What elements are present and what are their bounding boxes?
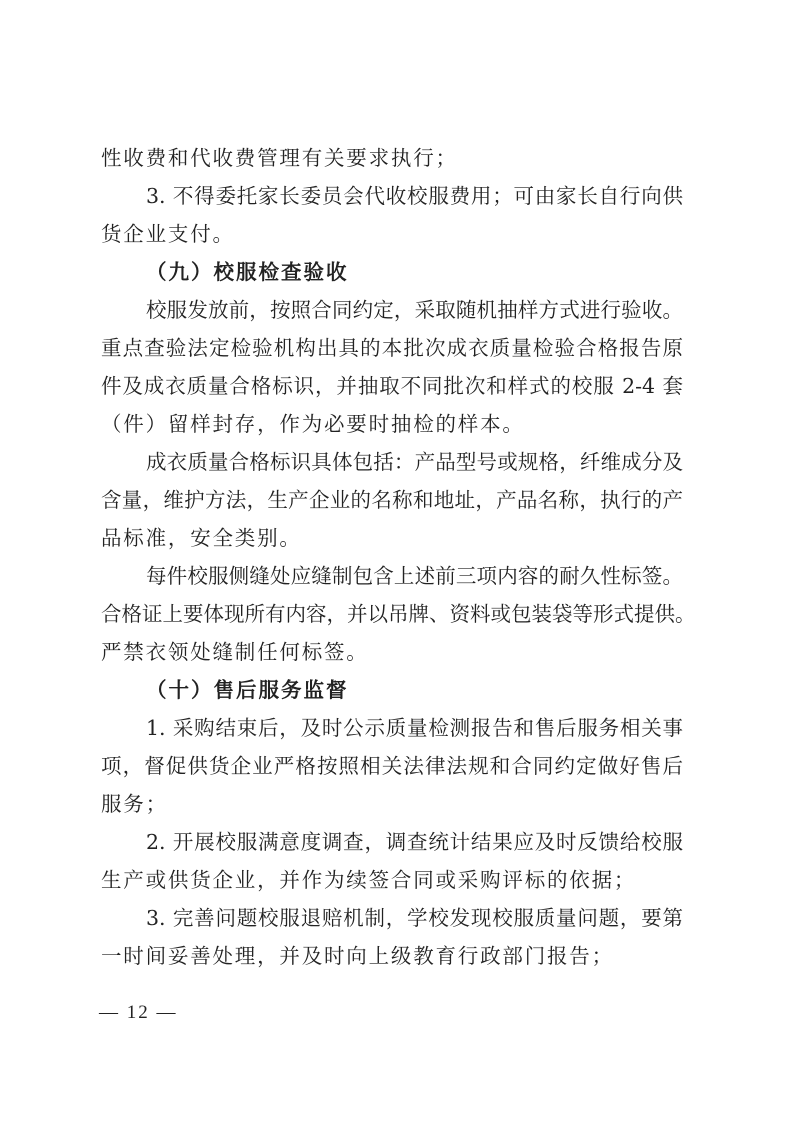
paragraph-line: 件及成衣质量合格标识，并抽取不同批次和样式的校服 2-4 套 bbox=[101, 372, 683, 400]
paragraph-line: 品标准，安全类别。 bbox=[101, 524, 683, 552]
list-item-3-line-2: 一时间妥善处理，并及时向上级教育行政部门报告； bbox=[101, 942, 683, 970]
list-item-3-line-1: 3. 不得委托家长委员会代收校服费用；可由家长自行向供 bbox=[146, 182, 683, 210]
page-number: — 12 — bbox=[99, 1000, 178, 1026]
paragraph-line: 严禁衣领处缝制任何标签。 bbox=[101, 638, 683, 666]
paragraph-line: 含量，维护方法，生产企业的名称和地址，产品名称，执行的产 bbox=[101, 486, 683, 514]
list-item-3-line-1: 3. 完善问题校服退赔机制，学校发现校服质量问题，要第 bbox=[146, 904, 683, 932]
list-item-1-line-2: 项，督促供货企业严格按照相关法律法规和合同约定做好售后 bbox=[101, 752, 683, 780]
document-page: 性收费和代收费管理有关要求执行； 3. 不得委托家长委员会代收校服费用；可由家长… bbox=[0, 0, 793, 1121]
paragraph-line: 性收费和代收费管理有关要求执行； bbox=[101, 144, 683, 172]
paragraph-line: （件）留样封存，作为必要时抽检的样本。 bbox=[101, 410, 683, 438]
list-item-2-line-2: 生产或供货企业，并作为续签合同或采购评标的依据； bbox=[101, 866, 683, 894]
list-item-1-line-1: 1. 采购结束后，及时公示质量检测报告和售后服务相关事 bbox=[146, 714, 683, 742]
list-item-2-line-1: 2. 开展校服满意度调查，调查统计结果应及时反馈给校服 bbox=[146, 828, 683, 856]
list-item-3-line-2: 货企业支付。 bbox=[101, 220, 683, 248]
paragraph-line: 重点查验法定检验机构出具的本批次成衣质量检验合格报告原 bbox=[101, 334, 683, 362]
list-item-1-line-3: 服务； bbox=[101, 790, 683, 818]
paragraph-line: 每件校服侧缝处应缝制包含上述前三项内容的耐久性标签。 bbox=[146, 562, 683, 590]
paragraph-line: 合格证上要体现所有内容，并以吊牌、资料或包装袋等形式提供。 bbox=[101, 600, 683, 628]
paragraph-line: 校服发放前，按照合同约定，采取随机抽样方式进行验收。 bbox=[146, 296, 683, 324]
section-heading-nine: （九）校服检查验收 bbox=[146, 258, 683, 286]
section-heading-ten: （十）售后服务监督 bbox=[146, 676, 683, 704]
paragraph-line: 成衣质量合格标识具体包括：产品型号或规格，纤维成分及 bbox=[146, 448, 683, 476]
